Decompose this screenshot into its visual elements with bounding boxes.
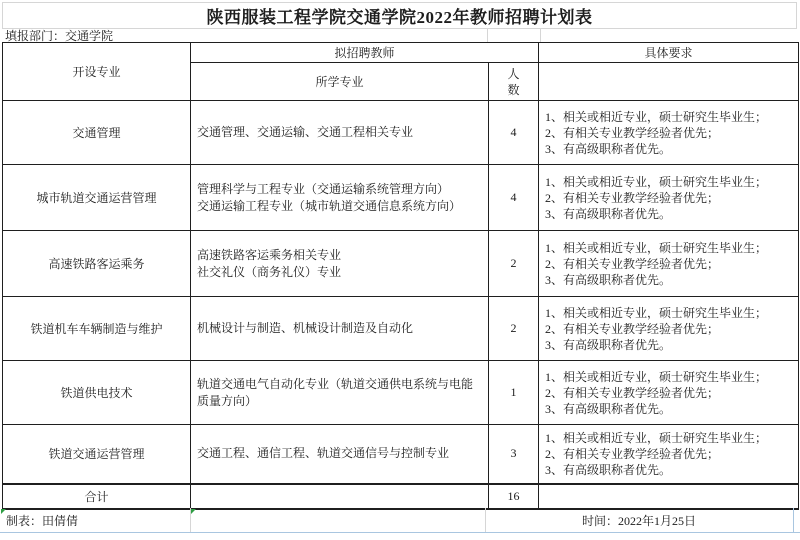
- table-row: 铁道机车车辆制造与维护 机械设计与制造、机械设计制造及自动化 2 1、相关或相近…: [3, 297, 799, 361]
- major-cell[interactable]: 铁道机车车辆制造与维护: [3, 297, 191, 361]
- header-requirements-spacer[interactable]: [539, 63, 799, 101]
- gridline: [540, 28, 541, 42]
- table-row: 高速铁路客运乘务 高速铁路客运乘务相关专业 社交礼仪（商务礼仪）专业 2 1、相…: [3, 231, 799, 297]
- header-recruit-group[interactable]: 拟招聘教师: [191, 43, 539, 63]
- department-row[interactable]: 填报部门：交通学院: [2, 29, 798, 42]
- field-cell[interactable]: 交通管理、交通运输、交通工程相关专业: [191, 101, 489, 165]
- requirements-cell[interactable]: 1、相关或相近专业，硕士研究生毕业生； 2、有相关专业教学经验者优先； 3、有高…: [539, 361, 799, 425]
- field-text: 高速铁路客运乘务相关专业 社交礼仪（商务礼仪）专业: [197, 247, 482, 281]
- field-cell[interactable]: 高速铁路客运乘务相关专业 社交礼仪（商务礼仪）专业: [191, 231, 489, 297]
- major-cell[interactable]: 城市轨道交通运营管理: [3, 165, 191, 231]
- gridline: [485, 508, 486, 533]
- date-label[interactable]: 时间：2022年1月25日: [485, 508, 793, 533]
- table-row: 铁道交通运营管理 交通工程、通信工程、轨道交通信号与控制专业 3 1、相关或相近…: [3, 425, 799, 484]
- sheet-edge-line: [793, 508, 794, 533]
- header-count-label: 人数: [507, 66, 521, 98]
- requirements-text: 1、相关或相近专业，硕士研究生毕业生； 2、有相关专业教学经验者优先； 3、有高…: [545, 305, 798, 353]
- requirements-cell[interactable]: 1、相关或相近专业，硕士研究生毕业生； 2、有相关专业教学经验者优先； 3、有高…: [539, 101, 799, 165]
- table-row: 交通管理 交通管理、交通运输、交通工程相关专业 4 1、相关或相近专业，硕士研究…: [3, 101, 799, 165]
- recruitment-table: 开设专业 拟招聘教师 具体要求 所学专业 人数 交通管理 交通管理、交通运输、交…: [2, 42, 799, 510]
- total-field-spacer[interactable]: [191, 484, 489, 509]
- header-field-column[interactable]: 所学专业: [191, 63, 489, 101]
- count-cell[interactable]: 4: [489, 101, 539, 165]
- requirements-cell[interactable]: 1、相关或相近专业，硕士研究生毕业生； 2、有相关专业教学经验者优先； 3、有高…: [539, 231, 799, 297]
- count-cell[interactable]: 2: [489, 231, 539, 297]
- gridline: [487, 28, 488, 42]
- count-cell[interactable]: 3: [489, 425, 539, 484]
- count-cell[interactable]: 4: [489, 165, 539, 231]
- cell-flag-icon: [1, 509, 6, 514]
- table-row: 城市轨道交通运营管理 管理科学与工程专业（交通运输系统管理方向） 交通运输工程专…: [3, 165, 799, 231]
- table-row: 铁道供电技术 轨道交通电气自动化专业（轨道交通供电系统与电能质量方向） 1 1、…: [3, 361, 799, 425]
- field-text: 交通工程、通信工程、轨道交通信号与控制专业: [197, 445, 482, 462]
- requirements-text: 1、相关或相近专业，硕士研究生毕业生； 2、有相关专业教学经验者优先； 3、有高…: [545, 174, 798, 222]
- requirements-text: 1、相关或相近专业，硕士研究生毕业生； 2、有相关专业教学经验者优先； 3、有高…: [545, 240, 798, 288]
- total-label-cell[interactable]: 合计: [3, 484, 191, 509]
- cell-flag-icon: [191, 509, 196, 514]
- requirements-text: 1、相关或相近专业，硕士研究生毕业生； 2、有相关专业教学经验者优先； 3、有高…: [545, 109, 798, 157]
- header-major-column[interactable]: 开设专业: [3, 43, 191, 101]
- field-cell[interactable]: 交通工程、通信工程、轨道交通信号与控制专业: [191, 425, 489, 484]
- spreadsheet-page: 陕西服装工程学院交通学院2022年教师招聘计划表 填报部门：交通学院 开设专业 …: [0, 0, 800, 540]
- field-cell[interactable]: 机械设计与制造、机械设计制造及自动化: [191, 297, 489, 361]
- count-cell[interactable]: 2: [489, 297, 539, 361]
- major-cell[interactable]: 高速铁路客运乘务: [3, 231, 191, 297]
- field-text: 交通管理、交通运输、交通工程相关专业: [197, 124, 482, 141]
- field-cell[interactable]: 轨道交通电气自动化专业（轨道交通供电系统与电能质量方向）: [191, 361, 489, 425]
- footer-row: 制表：田倩倩 时间：2022年1月25日: [0, 508, 800, 533]
- count-cell[interactable]: 1: [489, 361, 539, 425]
- field-text: 管理科学与工程专业（交通运输系统管理方向） 交通运输工程专业（城市轨道交通信息系…: [197, 181, 482, 215]
- major-cell[interactable]: 铁道交通运营管理: [3, 425, 191, 484]
- header-count-column[interactable]: 人数: [489, 63, 539, 101]
- requirements-cell[interactable]: 1、相关或相近专业，硕士研究生毕业生； 2、有相关专业教学经验者优先； 3、有高…: [539, 165, 799, 231]
- creator-label[interactable]: 制表：田倩倩: [6, 508, 78, 533]
- requirements-cell[interactable]: 1、相关或相近专业，硕士研究生毕业生； 2、有相关专业教学经验者优先； 3、有高…: [539, 297, 799, 361]
- requirements-cell[interactable]: 1、相关或相近专业，硕士研究生毕业生； 2、有相关专业教学经验者优先； 3、有高…: [539, 425, 799, 484]
- requirements-text: 1、相关或相近专业，硕士研究生毕业生； 2、有相关专业教学经验者优先； 3、有高…: [545, 430, 798, 478]
- major-cell[interactable]: 铁道供电技术: [3, 361, 191, 425]
- total-count-cell[interactable]: 16: [489, 484, 539, 509]
- header-requirements-column[interactable]: 具体要求: [539, 43, 799, 63]
- field-text: 轨道交通电气自动化专业（轨道交通供电系统与电能质量方向）: [197, 376, 482, 410]
- page-title[interactable]: 陕西服装工程学院交通学院2022年教师招聘计划表: [2, 2, 797, 29]
- field-text: 机械设计与制造、机械设计制造及自动化: [197, 320, 482, 337]
- major-cell[interactable]: 交通管理: [3, 101, 191, 165]
- sheet-edge-line: [0, 532, 800, 533]
- total-requirements-spacer[interactable]: [539, 484, 799, 509]
- requirements-text: 1、相关或相近专业，硕士研究生毕业生； 2、有相关专业教学经验者优先； 3、有高…: [545, 369, 798, 417]
- field-cell[interactable]: 管理科学与工程专业（交通运输系统管理方向） 交通运输工程专业（城市轨道交通信息系…: [191, 165, 489, 231]
- total-row: 合计 16: [3, 484, 799, 509]
